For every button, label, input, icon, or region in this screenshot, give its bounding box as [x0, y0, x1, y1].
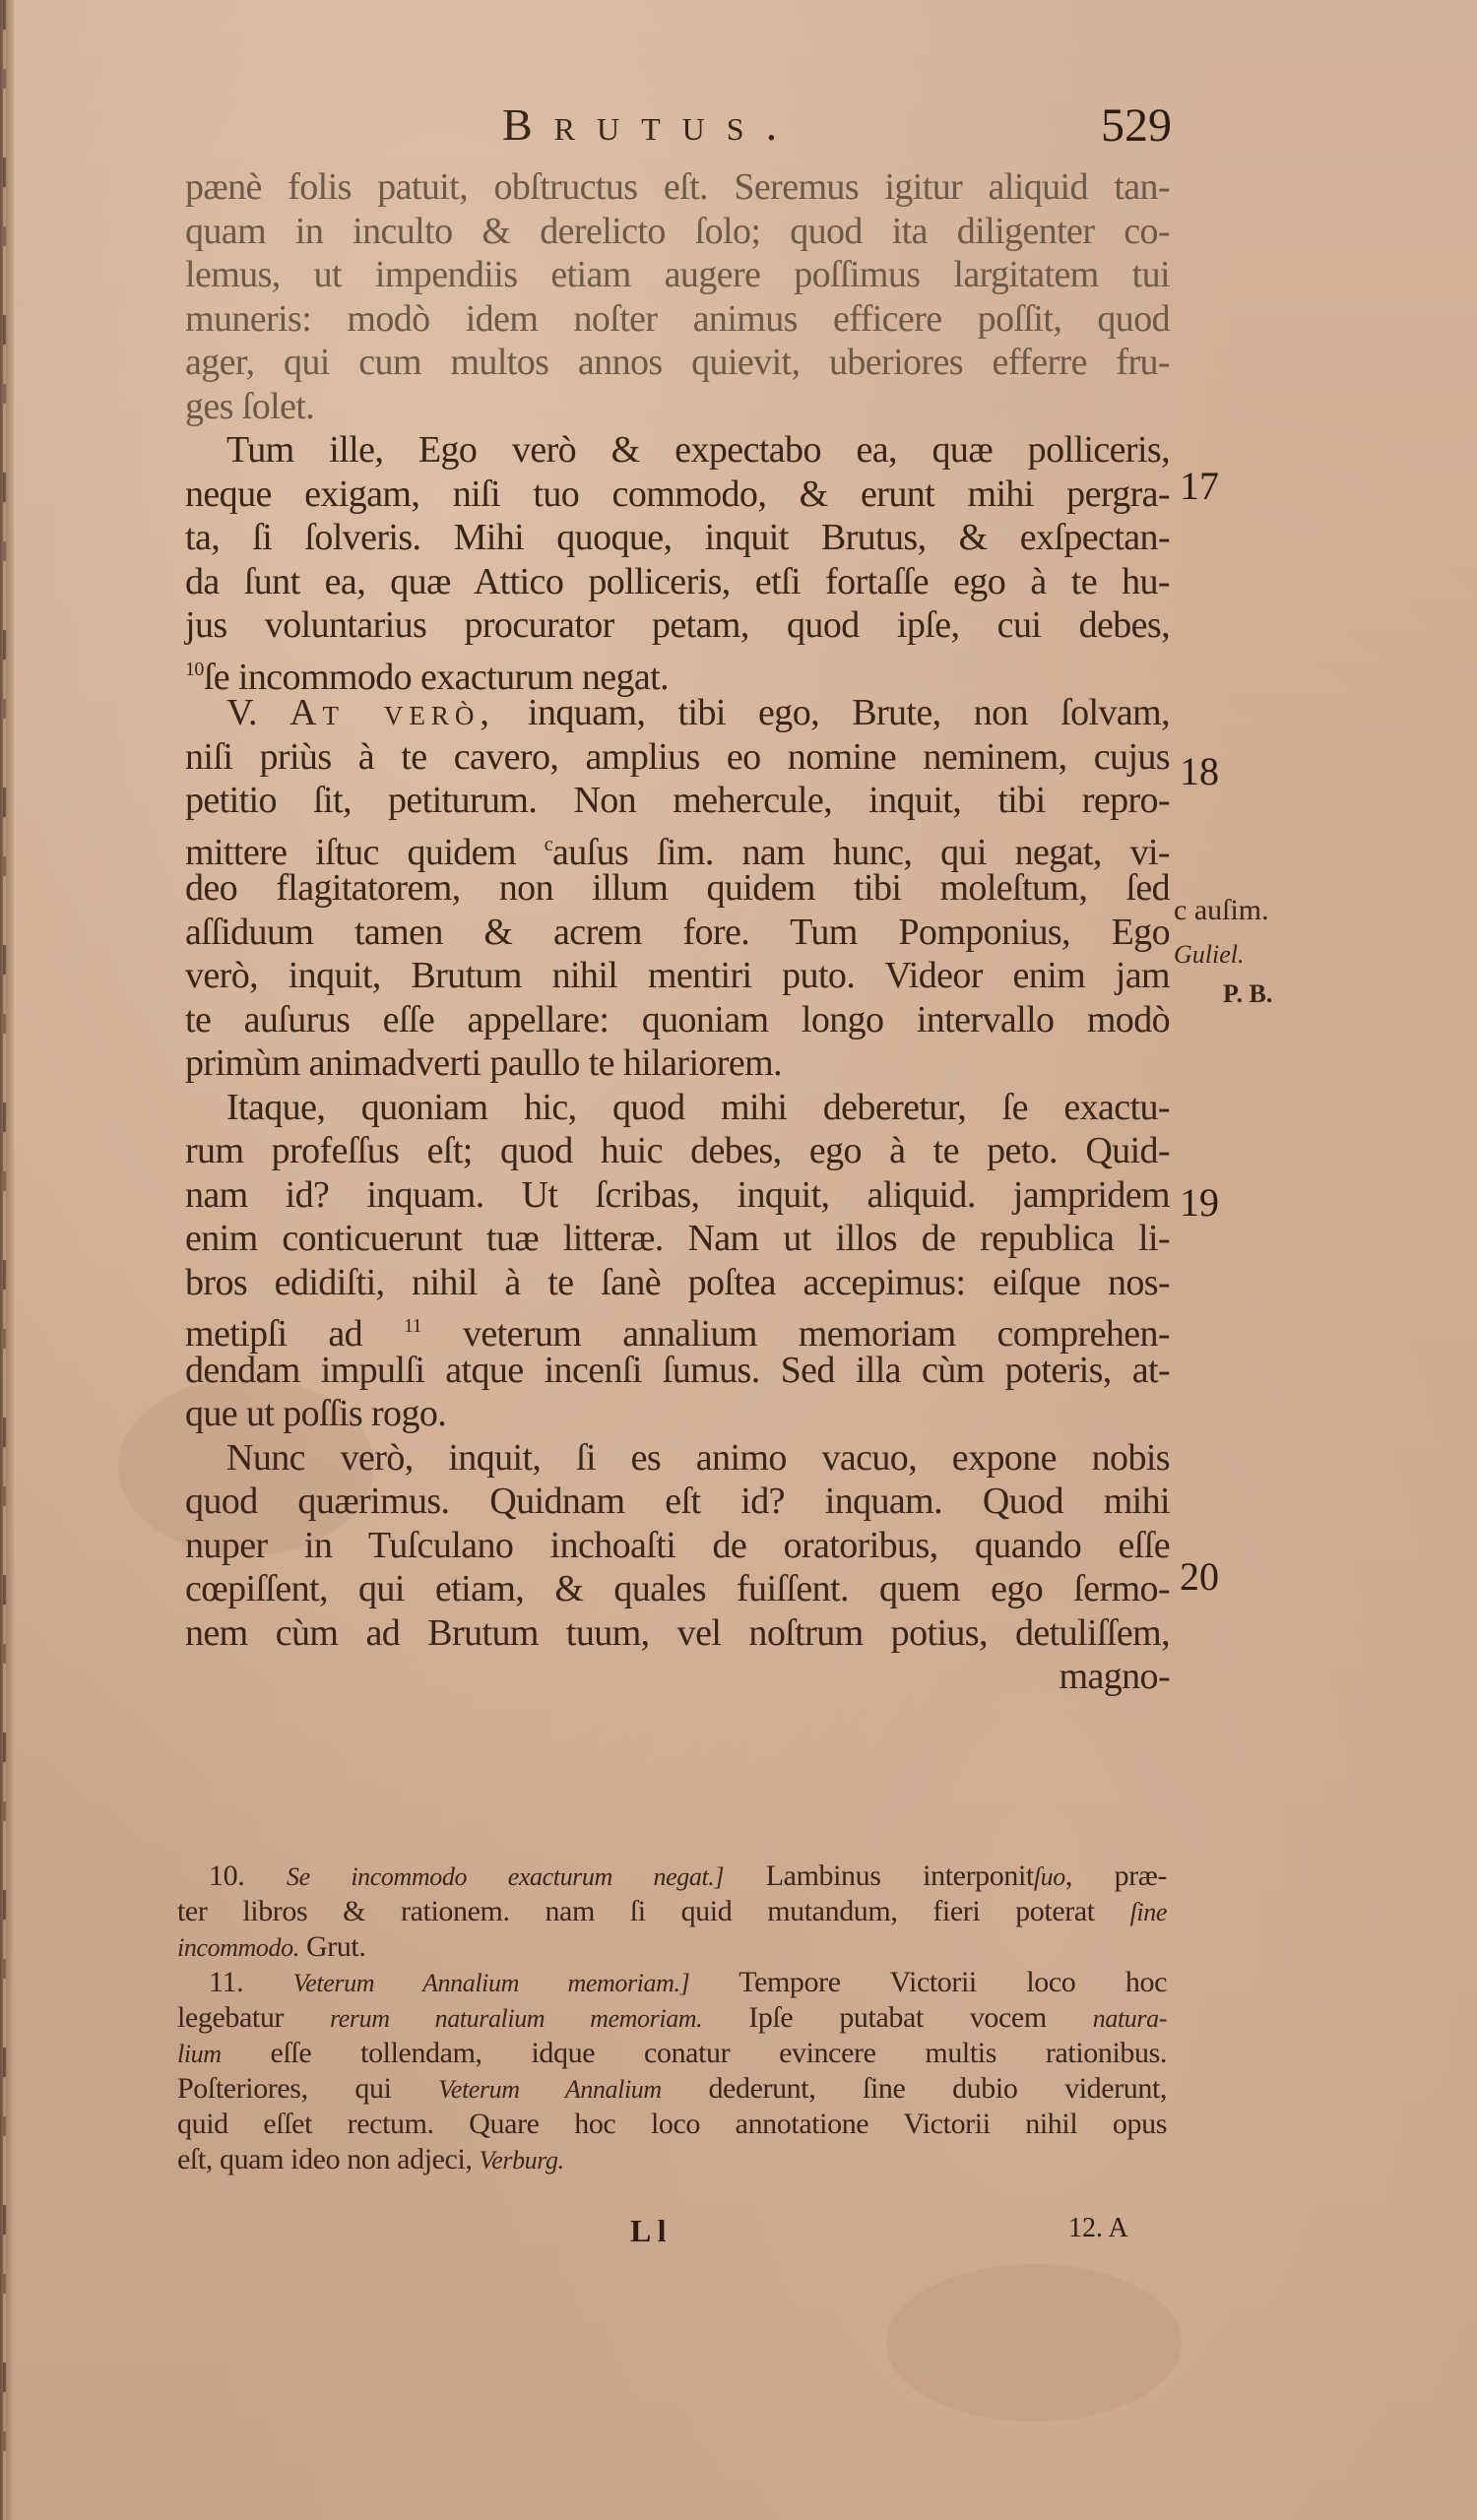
text-line: jus voluntarius procurator petam, quod i… — [185, 603, 1170, 648]
footnote-11-line: legebatur rerum naturalium memoriam. Ipſ… — [177, 2000, 1167, 2036]
text-line: nem cùm ad Brutum tuum, vel noſtrum poti… — [185, 1611, 1170, 1656]
footnote-11-line: eſt, quam ideo non adjeci, Verburg. — [177, 2142, 1167, 2177]
text-line: primùm animadverti paullo te hilariorem. — [185, 1041, 1170, 1086]
text-line: pænè folis patuit, obſtructus eſt. Serem… — [185, 165, 1170, 210]
page-edge — [0, 0, 14, 2520]
text-line: V. At verò, inquam, tibi ego, Brute, non… — [185, 691, 1170, 735]
chapter-mark: V. — [226, 692, 257, 733]
text-line: enim conticuerunt tuæ litteræ. Nam ut il… — [185, 1217, 1170, 1261]
footnote-lemma: Se incommodo exacturum negat.] — [287, 1862, 724, 1891]
note-ref: c — [545, 834, 552, 855]
margin-note-variant: c auſim. — [1174, 894, 1269, 927]
text-line: metipſi ad 11 veterum annalium memoriam … — [185, 1304, 1170, 1349]
section-number-20: 20 — [1180, 1553, 1219, 1600]
chapter-opening: At verò, — [289, 692, 495, 733]
text-line: 10ſe incommodo exacturum negat. — [185, 648, 1170, 692]
text-line: ges ſolet. — [185, 385, 1170, 429]
running-head: Brutus. — [502, 98, 799, 151]
text-line: Itaque, quoniam hic, quod mihi deberetur… — [185, 1086, 1170, 1130]
text-line: dendam impulſi atque incenſi ſumus. Sed … — [185, 1349, 1170, 1393]
text-line: deo flagitatorem, non illum quidem tibi … — [185, 866, 1170, 911]
footnote-lemma: Veterum Annalium memoriam.] — [293, 1969, 690, 1997]
text-line: neque exigam, niſi tuo commodo, & erunt … — [185, 472, 1170, 517]
section-number-18: 18 — [1180, 748, 1219, 794]
catchword: magno- — [185, 1655, 1170, 1699]
text-line: bros edidiſti, nihil à te ſanè poſtea ac… — [185, 1261, 1170, 1305]
text-line: rum profeſſus eſt; quod huic debes, ego … — [185, 1129, 1170, 1173]
footnote-ref: 11 — [404, 1315, 421, 1337]
section-number-19: 19 — [1180, 1179, 1219, 1226]
footnotes: 10. Se incommodo exacturum negat.] Lambi… — [177, 1858, 1167, 2177]
text-line: Tum ille, Ego verò & expectabo ea, quæ p… — [185, 428, 1170, 472]
text-line: da ſunt ea, quæ Attico polliceris, etſi … — [185, 560, 1170, 604]
text-line: verò, inquit, Brutum nihil mentiri puto.… — [185, 954, 1170, 998]
text-line: Nunc verò, inquit, ſi es animo vacuo, ex… — [185, 1436, 1170, 1480]
text-line: nuper in Tuſculano inchoaſti de oratorib… — [185, 1524, 1170, 1568]
book-page: Brutus. 529 pænè folis patuit, obſtructu… — [0, 0, 1477, 2520]
page-number: 529 — [1101, 98, 1172, 153]
section-number-17: 17 — [1180, 463, 1219, 509]
signature-mark: L l — [630, 2213, 666, 2249]
main-text: pænè folis patuit, obſtructus eſt. Serem… — [185, 165, 1170, 1699]
text-line: muneris: modò idem noſter animus efficer… — [185, 297, 1170, 342]
text-line: petitio ſit, petiturum. Non mehercule, i… — [185, 779, 1170, 823]
text-line: te auſurus eſſe appellare: quoniam longo… — [185, 998, 1170, 1042]
footnote-11-line: quid eſſet rectum. Quare hoc loco annota… — [177, 2107, 1167, 2142]
paper-stain — [886, 2264, 1182, 2422]
footnote-11-line: lium eſſe tollendam, idque conatur evinc… — [177, 2036, 1167, 2071]
text-line: cœpiſſent, qui etiam, & quales fuiſſent.… — [185, 1567, 1170, 1611]
text-line: quod quærimus. Quidnam eſt id? inquam. Q… — [185, 1480, 1170, 1524]
text-line: nam id? inquam. Ut ſcribas, inquit, aliq… — [185, 1173, 1170, 1218]
footnote-11-line: Poſteriores, qui Veterum Annalium dederu… — [177, 2071, 1167, 2107]
margin-note-source: Guliel. — [1174, 940, 1245, 970]
text-line: aſſiduum tamen & acrem fore. Tum Pomponi… — [185, 911, 1170, 955]
text-line: niſi priùs à te cavero, amplius eo nomin… — [185, 735, 1170, 780]
footnote-10-line: ter libros & rationem. nam ſi quid mutan… — [177, 1894, 1167, 1929]
footnote-11-line: 11. Veterum Annalium memoriam.] Tempore … — [177, 1965, 1167, 2000]
margin-note-initials: P. B. — [1223, 979, 1272, 1009]
text-line: que ut poſſis rogo. — [185, 1392, 1170, 1436]
footnote-10-line: incommodo. Grut. — [177, 1929, 1167, 1965]
text-line: quam in inculto & derelicto ſolo; quod i… — [185, 210, 1170, 254]
footnote-10-line: 10. Se incommodo exacturum negat.] Lambi… — [177, 1858, 1167, 1894]
text-line: ager, qui cum multos annos quievit, uber… — [185, 341, 1170, 385]
footnote-ref: 10 — [185, 659, 204, 680]
footnote-catchword: 12. A — [1068, 2213, 1128, 2244]
text-line: lemus, ut impendiis etiam augere poſſimu… — [185, 253, 1170, 297]
text-line: ta, ſi ſolveris. Mihi quoque, inquit Bru… — [185, 516, 1170, 560]
text-line: mittere iſtuc quidem cauſus ſim. nam hun… — [185, 823, 1170, 867]
